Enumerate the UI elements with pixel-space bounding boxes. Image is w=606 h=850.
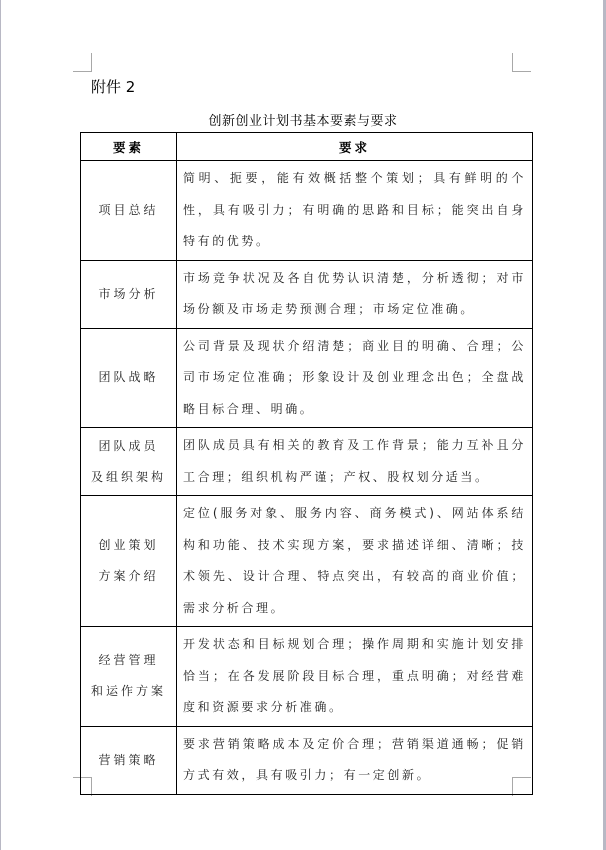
header-element: 要素 (81, 133, 177, 161)
margin-corner-top-left (73, 53, 92, 72)
element-cell: 项目总结 (81, 161, 177, 261)
document-title: 创新创业计划书基本要素与要求 (0, 110, 606, 129)
element-cell: 团队成员及组织架构 (81, 428, 177, 496)
requirement-cell: 开发状态和目标规划合理；操作周期和实施计划安排恰当；在各发展阶段目标合理，重点明… (177, 627, 533, 727)
table-row: 项目总结 简明、扼要，能有效概括整个策划；具有鲜明的个性，具有吸引力；有明确的思… (81, 161, 533, 261)
table-row: 市场分析 市场竞争状况及各自优势认识清楚，分析透彻；对市场份额及市场走势预测合理… (81, 260, 533, 328)
element-cell: 营销策略 (81, 726, 177, 794)
requirement-cell: 公司背景及现状介绍清楚；商业目的明确、合理；公司市场定位准确；形象设计及创业理念… (177, 328, 533, 428)
element-cell: 创业策划方案介绍 (81, 496, 177, 627)
header-requirement: 要求 (177, 133, 533, 161)
table-header-row: 要素 要求 (81, 133, 533, 161)
requirement-cell: 要求营销策略成本及定价合理；营销渠道通畅；促销方式有效，具有吸引力；有一定创新。 (177, 726, 533, 794)
requirement-cell: 简明、扼要，能有效概括整个策划；具有鲜明的个性，具有吸引力；有明确的思路和目标；… (177, 161, 533, 261)
table-row: 创业策划方案介绍 定位(服务对象、服务内容、商务模式)、网站体系结构和功能、技术… (81, 496, 533, 627)
element-cell: 团队战略 (81, 328, 177, 428)
table-row: 营销策略 要求营销策略成本及定价合理；营销渠道通畅；促销方式有效，具有吸引力；有… (81, 726, 533, 794)
element-cell: 市场分析 (81, 260, 177, 328)
table-row: 团队成员及组织架构 团队成员具有相关的教育及工作背景；能力互补且分工合理；组织机… (81, 428, 533, 496)
table-row: 团队战略 公司背景及现状介绍清楚；商业目的明确、合理；公司市场定位准确；形象设计… (81, 328, 533, 428)
attachment-label: 附件 2 (91, 76, 135, 97)
table-row: 经营管理和运作方案 开发状态和目标规划合理；操作周期和实施计划安排恰当；在各发展… (81, 627, 533, 727)
requirement-cell: 市场竞争状况及各自优势认识清楚，分析透彻；对市场份额及市场走势预测合理；市场定位… (177, 260, 533, 328)
requirements-table: 要素 要求 项目总结 简明、扼要，能有效概括整个策划；具有鲜明的个性，具有吸引力… (80, 132, 533, 795)
element-cell: 经营管理和运作方案 (81, 627, 177, 727)
requirement-cell: 团队成员具有相关的教育及工作背景；能力互补且分工合理；组织机构严谨；产权、股权划… (177, 428, 533, 496)
margin-corner-top-right (512, 53, 531, 72)
requirement-cell: 定位(服务对象、服务内容、商务模式)、网站体系结构和功能、技术实现方案，要求描述… (177, 496, 533, 627)
